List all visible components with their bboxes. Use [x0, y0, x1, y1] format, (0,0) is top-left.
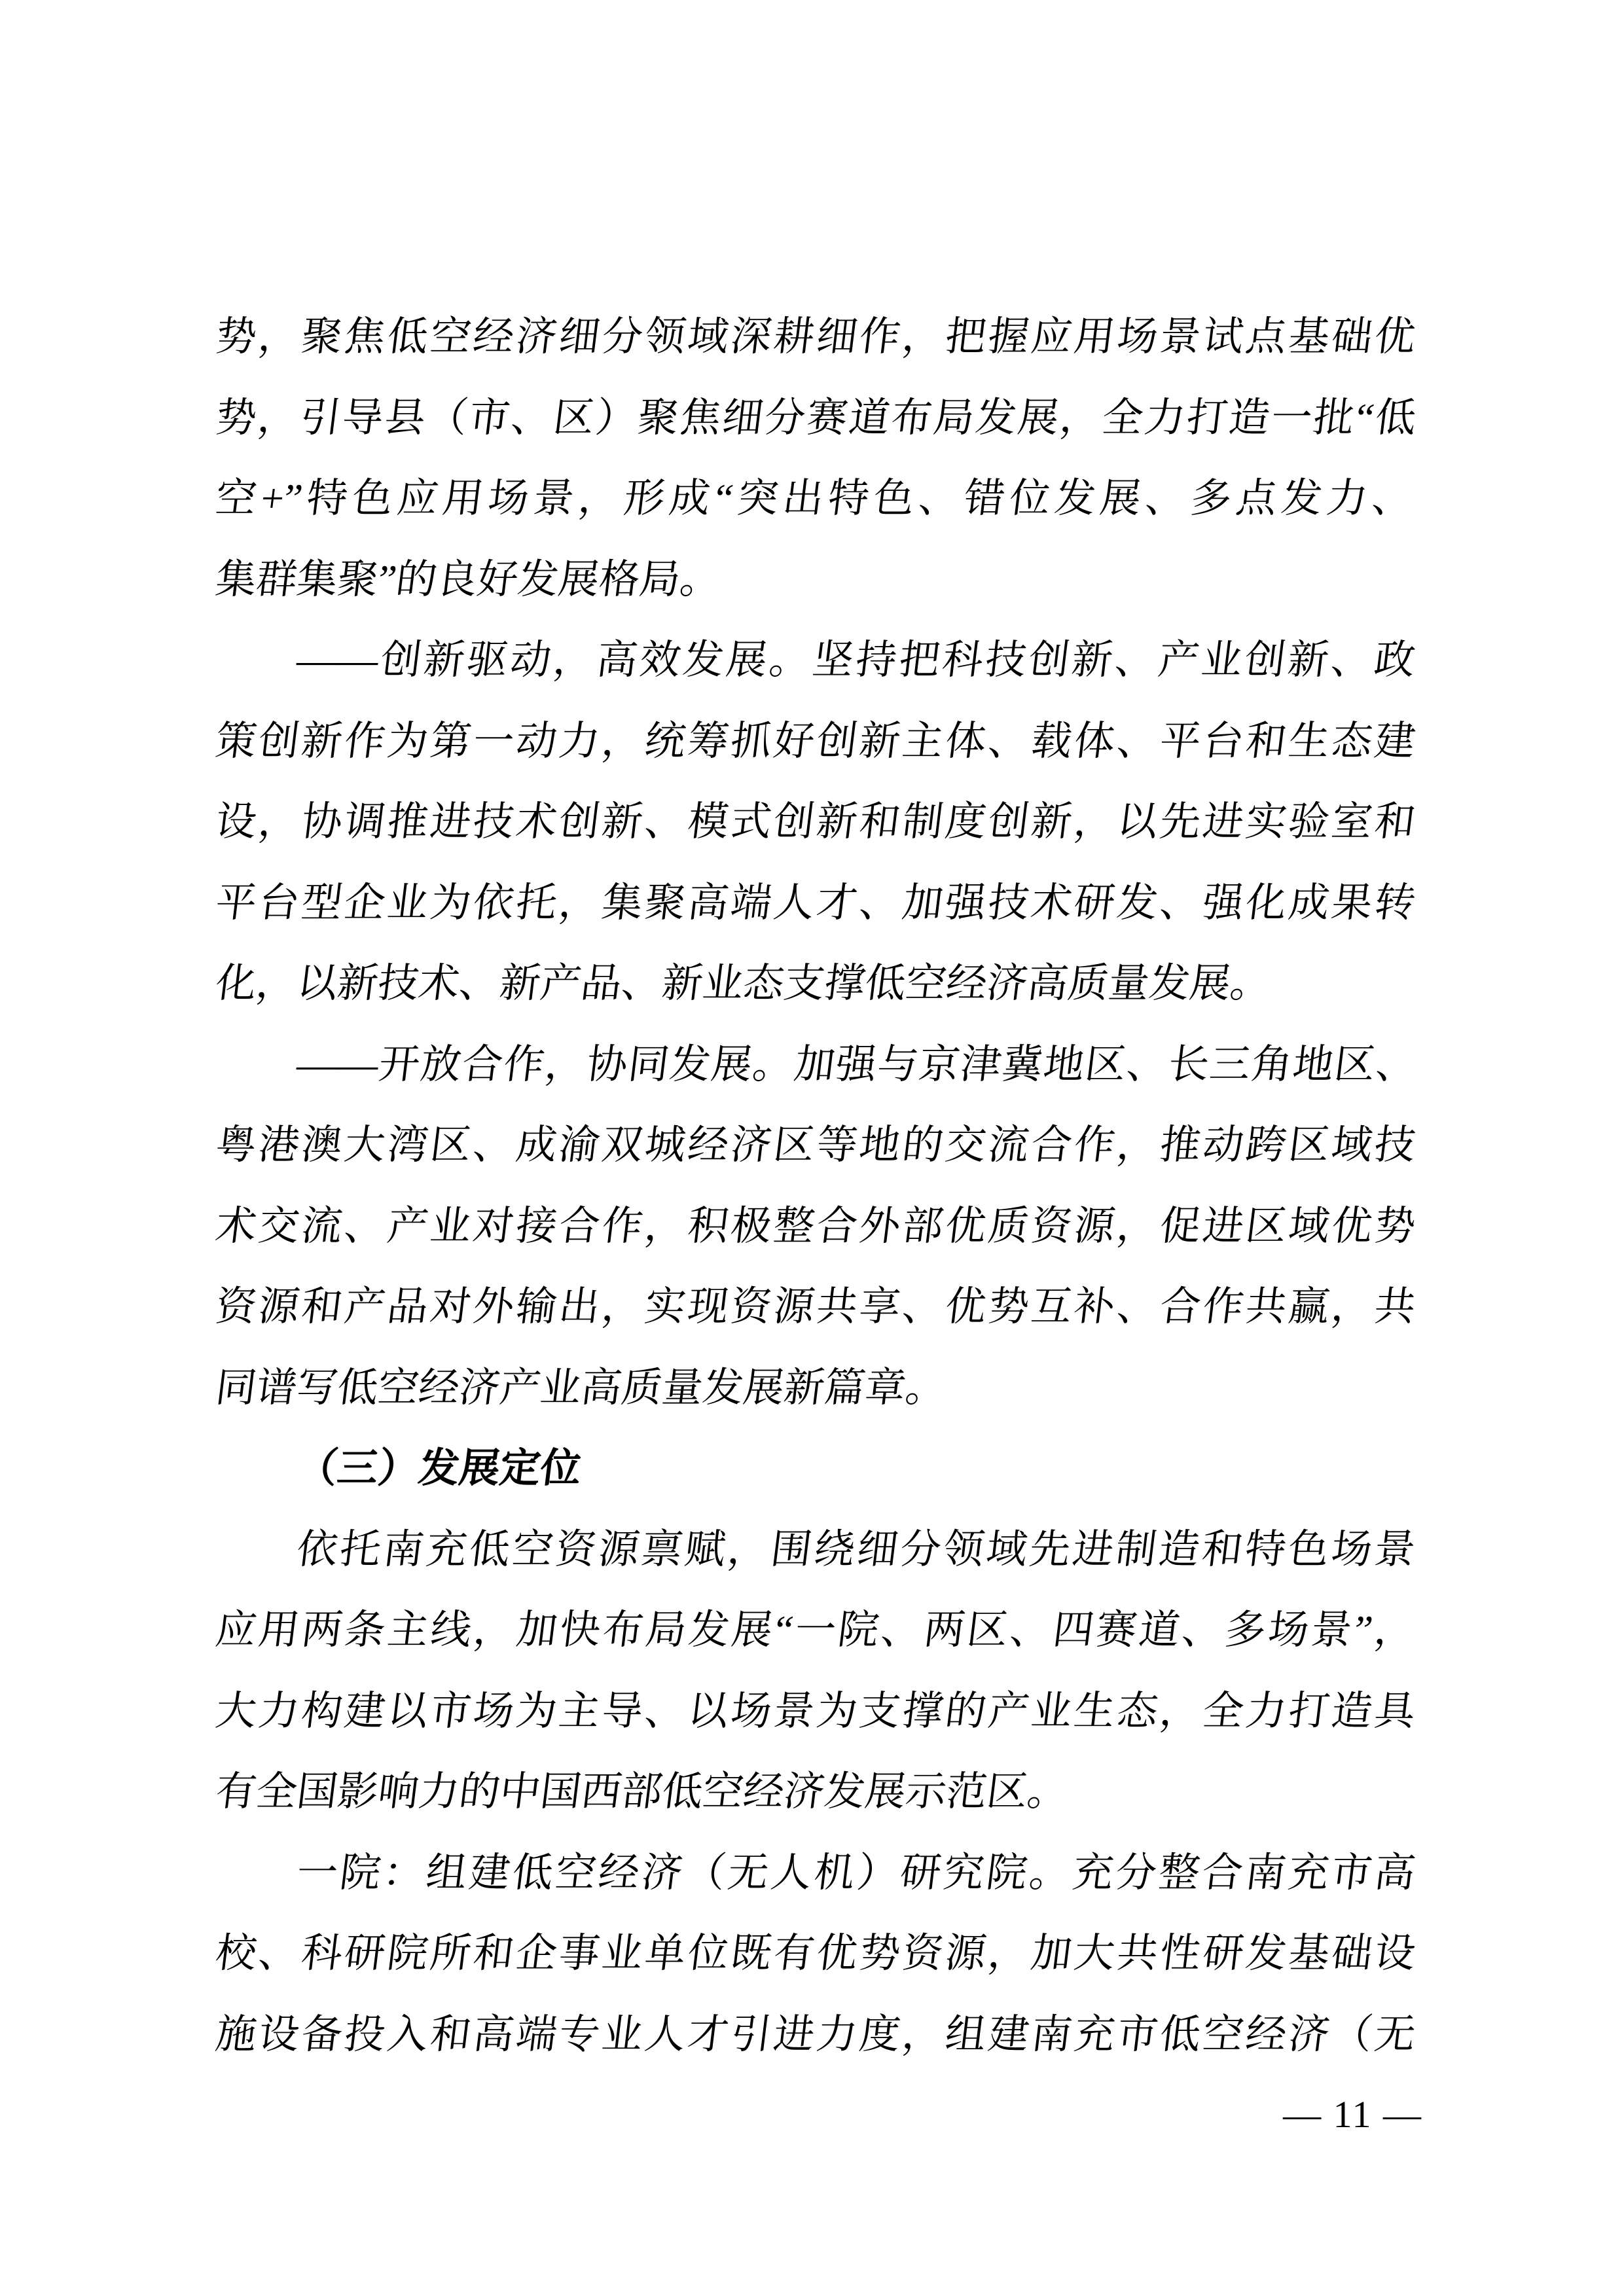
document-line: 集群集聚”的良好发展格局。: [211, 540, 1422, 621]
section-heading: （三）发展定位: [211, 1429, 1422, 1510]
page-number: — 11 —: [1283, 2085, 1422, 2144]
document-line: 平台型企业为依托，集聚高端人才、加强技术研发、强化成果转: [211, 863, 1422, 944]
document-page: 势，聚焦低空经济细分领域深耕细作，把握应用场景试点基础优势，引导县（市、区）聚焦…: [0, 0, 1624, 2296]
document-line: 势，引导县（市、区）聚焦细分赛道布局发展，全力打造一批“低: [211, 378, 1422, 459]
document-line: 粤港澳大湾区、成渝双城经济区等地的交流合作，推动跨区域技: [211, 1105, 1422, 1187]
document-line: 设，协调推进技术创新、模式创新和制度创新，以先进实验室和: [211, 782, 1422, 863]
document-line: 校、科研院所和企事业单位既有优势资源，加大共性研发基础设: [211, 1914, 1422, 1995]
document-line: 应用两条主线，加快布局发展“一院、两区、四赛道、多场景”，: [211, 1590, 1422, 1672]
document-line: 空+”特色应用场景，形成“突出特色、错位发展、多点发力、: [211, 459, 1422, 540]
document-line: 施设备投入和高端专业人才引进力度，组建南充市低空经济（无: [211, 1995, 1422, 2076]
document-line: 策创新作为第一动力，统筹抓好创新主体、载体、平台和生态建: [211, 702, 1422, 783]
document-line: 同谱写低空经济产业高质量发展新篇章。: [211, 1348, 1422, 1429]
document-line: 势，聚焦低空经济细分领域深耕细作，把握应用场景试点基础优: [211, 297, 1422, 378]
document-line: 术交流、产业对接合作，积极整合外部优质资源，促进区域优势: [211, 1187, 1422, 1268]
document-line: 有全国影响力的中国西部低空经济发展示范区。: [211, 1752, 1422, 1833]
document-line: 资源和产品对外输出，实现资源共享、优势互补、合作共赢，共: [211, 1267, 1422, 1348]
document-line: 依托南充低空资源禀赋，围绕细分领域先进制造和特色场景: [211, 1510, 1422, 1591]
document-body: 势，聚焦低空经济细分领域深耕细作，把握应用场景试点基础优势，引导县（市、区）聚焦…: [211, 297, 1413, 2075]
document-line: 一院：组建低空经济（无人机）研究院。充分整合南充市高: [211, 1833, 1422, 1914]
document-line: ——创新驱动，高效发展。坚持把科技创新、产业创新、政: [211, 620, 1422, 702]
document-line: ——开放合作，协同发展。加强与京津冀地区、长三角地区、: [211, 1025, 1422, 1106]
document-line: 大力构建以市场为主导、以场景为支撑的产业生态，全力打造具: [211, 1672, 1422, 1753]
document-line: 化，以新技术、新产品、新业态支撑低空经济高质量发展。: [211, 944, 1422, 1025]
